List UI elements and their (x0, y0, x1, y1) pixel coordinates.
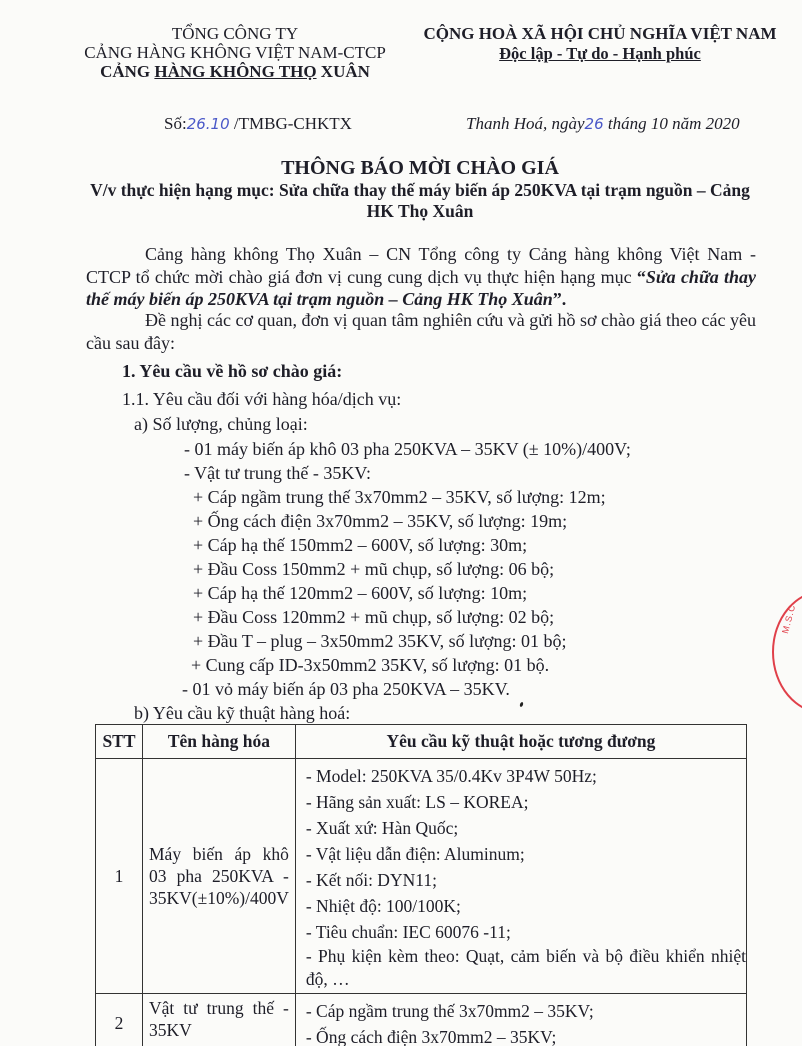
intro-paragraph-2: Đề nghị các cơ quan, đơn vị quan tâm ngh… (86, 309, 756, 354)
handwritten-day: 26 (585, 115, 604, 133)
item-a-line-1: - 01 máy biến áp khô 03 pha 250KVA – 35K… (184, 438, 631, 460)
requirement-line: - Nhiệt độ: 100/100K; (306, 893, 746, 919)
requirement-line: - Cáp ngầm trung thế 3x70mm2 – 35KV; (306, 998, 746, 1024)
intro-paragraph-1: Cảng hàng không Thọ Xuân – CN Tổng công … (86, 243, 756, 311)
item-a-last-line: - 01 vỏ máy biến áp 03 pha 250KVA – 35KV… (182, 678, 510, 700)
table-header-row: STT Tên hàng hóa Yêu cầu kỹ thuật hoặc t… (96, 725, 747, 759)
row-stt: 2 (96, 994, 143, 1046)
material-item: + Đầu Coss 150mm2 + mũ chụp, số lượng: 0… (193, 558, 554, 580)
requirement-line: - Xuất xứ: Hàn Quốc; (306, 815, 746, 841)
issuer-line-3: CẢNG HÀNG KHÔNG THỌ XUÂN (70, 62, 400, 81)
section-1-heading: 1. Yêu cầu về hồ sơ chào giá: (122, 360, 342, 382)
issuer-line-1: TỔNG CÔNG TY (70, 24, 400, 43)
header-requirements: Yêu cầu kỹ thuật hoặc tương đương (295, 725, 746, 759)
row-item-name: Máy biến áp khô 03 pha 250KVA - 35KV(±10… (143, 759, 296, 994)
material-item: + Cáp hạ thế 150mm2 – 600V, số lượng: 30… (193, 534, 527, 556)
handwritten-number: 26.10 (187, 115, 230, 133)
document-title: THÔNG BÁO MỜI CHÀO GIÁ (80, 157, 760, 180)
technical-spec-table: STT Tên hàng hóa Yêu cầu kỹ thuật hoặc t… (95, 724, 747, 1046)
requirement-line: - Hãng sản xuất: LS – KOREA; (306, 789, 746, 815)
material-item: + Ống cách điện 3x70mm2 – 35KV, số lượng… (193, 510, 567, 532)
row-requirements: - Cáp ngầm trung thế 3x70mm2 – 35KV; - Ố… (295, 994, 746, 1046)
requirement-line: - Model: 250KVA 35/0.4Kv 3P4W 50Hz; (306, 763, 746, 789)
issuer-line-2: CẢNG HÀNG KHÔNG VIỆT NAM-CTCP (70, 43, 400, 62)
issue-date: Thanh Hoá, ngày26 tháng 10 năm 2020 (466, 114, 740, 134)
document-subtitle: V/v thực hiện hạng mục: Sửa chữa thay th… (80, 180, 760, 222)
company-seal-stamp: M.S.C (772, 590, 802, 714)
requirement-line: - Tiêu chuẩn: IEC 60076 -11; (306, 919, 746, 945)
requirement-line: - Vật liệu dẫn điện: Aluminum; (306, 841, 746, 867)
material-item: + Cáp hạ thế 120mm2 – 600V, số lượng: 10… (193, 582, 527, 604)
table-row: 2 Vật tư trung thế - 35KV - Cáp ngầm tru… (96, 994, 747, 1046)
row-stt: 1 (96, 759, 143, 994)
material-item: + Cáp ngầm trung thế 3x70mm2 – 35KV, số … (193, 486, 606, 508)
issuer-header: TỔNG CÔNG TY CẢNG HÀNG KHÔNG VIỆT NAM-CT… (70, 24, 400, 81)
requirement-line: - Ống cách điện 3x70mm2 – 35KV; (306, 1024, 746, 1046)
item-b-heading: b) Yêu cầu kỹ thuật hàng hoá: (134, 702, 350, 724)
item-a-heading: a) Số lượng, chủng loại: (134, 413, 308, 435)
item-a-line-2: - Vật tư trung thế - 35KV: (184, 462, 371, 484)
document-page: TỔNG CÔNG TY CẢNG HÀNG KHÔNG VIỆT NAM-CT… (0, 0, 802, 1046)
table-row: 1 Máy biến áp khô 03 pha 250KVA - 35KV(±… (96, 759, 747, 994)
requirement-line: - Kết nối: DYN11; (306, 867, 746, 893)
subsection-1-1: 1.1. Yêu cầu đối với hàng hóa/dịch vụ: (122, 388, 401, 410)
national-motto-line-2: Độc lập - Tự do - Hạnh phúc (420, 44, 780, 64)
row-item-name: Vật tư trung thế - 35KV (143, 994, 296, 1046)
national-motto-line-1: CỘNG HOÀ XÃ HỘI CHỦ NGHĨA VIỆT NAM (420, 24, 780, 44)
requirement-line: - Phụ kiện kèm theo: Quạt, cảm biến và b… (306, 945, 746, 991)
material-item: + Đầu T – plug – 3x50mm2 35KV, số lượng:… (193, 630, 566, 652)
national-header: CỘNG HOÀ XÃ HỘI CHỦ NGHĨA VIỆT NAM Độc l… (420, 24, 780, 64)
reference-number: Số:26.10 /TMBG-CHKTX (164, 114, 352, 134)
material-item: + Cung cấp ID-3x50mm2 35KV, số lượng: 01… (191, 654, 549, 676)
scan-speck (519, 702, 524, 708)
header-item-name: Tên hàng hóa (143, 725, 296, 759)
material-item: + Đầu Coss 120mm2 + mũ chụp, số lượng: 0… (193, 606, 554, 628)
row-requirements: - Model: 250KVA 35/0.4Kv 3P4W 50Hz; - Hã… (295, 759, 746, 994)
header-stt: STT (96, 725, 143, 759)
